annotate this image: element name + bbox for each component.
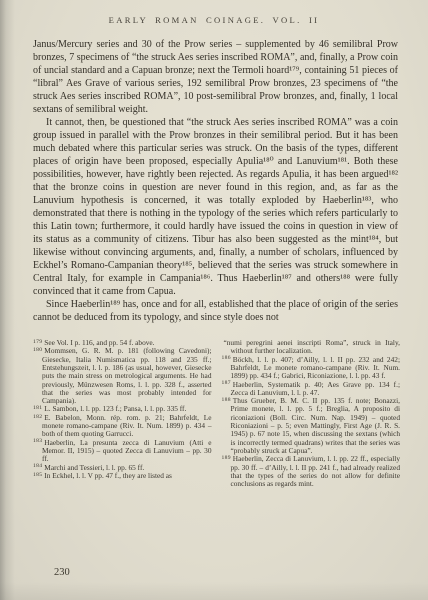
footnote-text: In Eckhel, l. l. V pp. 47 f., they are l… xyxy=(44,471,172,480)
paragraph-1: Janus/Mercury series and 30 of the Prow … xyxy=(33,38,398,116)
paragraph-3: Since Haeberlin¹⁸⁹ has, once and for all… xyxy=(33,298,398,324)
footnotes-section: 179See Vol. I p. 116, and pp. 54 f. abov… xyxy=(33,339,400,488)
footnote-text: Haeberlin, Zecca di Lanuvium, l. l. pp. … xyxy=(231,454,401,488)
footnote-number: 179 xyxy=(33,339,44,345)
footnote-text: Haeberlin, Systematik p. 40; Aes Grave p… xyxy=(231,380,401,397)
footnotes-left-column: 179See Vol. I p. 116, and pp. 54 f. abov… xyxy=(33,339,212,488)
footnote-number: 184 xyxy=(33,463,44,469)
footnote-number: 181 xyxy=(33,405,44,411)
footnote-number: 189 xyxy=(222,455,233,461)
footnote-183: 183Haeberlin, La presunta zecca di Lanuv… xyxy=(33,439,212,464)
footnote-number xyxy=(222,339,224,345)
footnote-text: E. Babelon, Monn. rép. rom. p. 21; Bahrf… xyxy=(42,413,212,439)
footnote-187: 187Haeberlin, Systematik p. 40; Aes Grav… xyxy=(222,381,401,398)
footnote-185: 185In Eckhel, l. l. V pp. 47 f., they ar… xyxy=(33,472,212,480)
page-number: 230 xyxy=(54,567,70,578)
footnote-188: 188Thus Grueber, B. M. C. II pp. 135 f. … xyxy=(222,397,401,455)
paragraph-2: It cannot, then, be questioned that “the… xyxy=(33,116,398,298)
footnote-number: 183 xyxy=(33,438,44,444)
footnote-number: 188 xyxy=(222,397,233,403)
footnote-text: Mommsen, G. R. M. p. 181 (following Cave… xyxy=(42,346,212,405)
footnote-text: “numi peregrini aenei inscripti Roma”, s… xyxy=(224,338,401,355)
book-page: EARLY ROMAN COINAGE. VOL. II Janus/Mercu… xyxy=(0,0,428,600)
footnote-number: 187 xyxy=(222,380,233,386)
footnote-185-continuation: “numi peregrini aenei inscripti Roma”, s… xyxy=(222,339,401,356)
footnote-number: 182 xyxy=(33,414,44,420)
footnote-180: 180Mommsen, G. R. M. p. 181 (following C… xyxy=(33,347,212,405)
footnote-text: Böckh, l. l. p. 407; d’Ailly, l. l. II p… xyxy=(231,355,401,381)
footnote-number: 180 xyxy=(33,347,44,353)
body-text: Janus/Mercury series and 30 of the Prow … xyxy=(33,38,398,324)
footnote-text: Haeberlin, La presunta zecca di Lanuvium… xyxy=(42,438,212,464)
footnote-number: 185 xyxy=(33,472,44,478)
footnote-text: Thus Grueber, B. M. C. II pp. 135 f. not… xyxy=(231,396,401,455)
footnote-182: 182E. Babelon, Monn. rép. rom. p. 21; Ba… xyxy=(33,414,212,439)
footnote-number: 186 xyxy=(222,355,233,361)
running-head: EARLY ROMAN COINAGE. VOL. II xyxy=(0,0,428,25)
footnote-186: 186Böckh, l. l. p. 407; d’Ailly, l. l. I… xyxy=(222,356,401,381)
footnotes-right-column: “numi peregrini aenei inscripti Roma”, s… xyxy=(222,339,401,488)
footnote-189: 189Haeberlin, Zecca di Lanuvium, l. l. p… xyxy=(222,455,401,488)
